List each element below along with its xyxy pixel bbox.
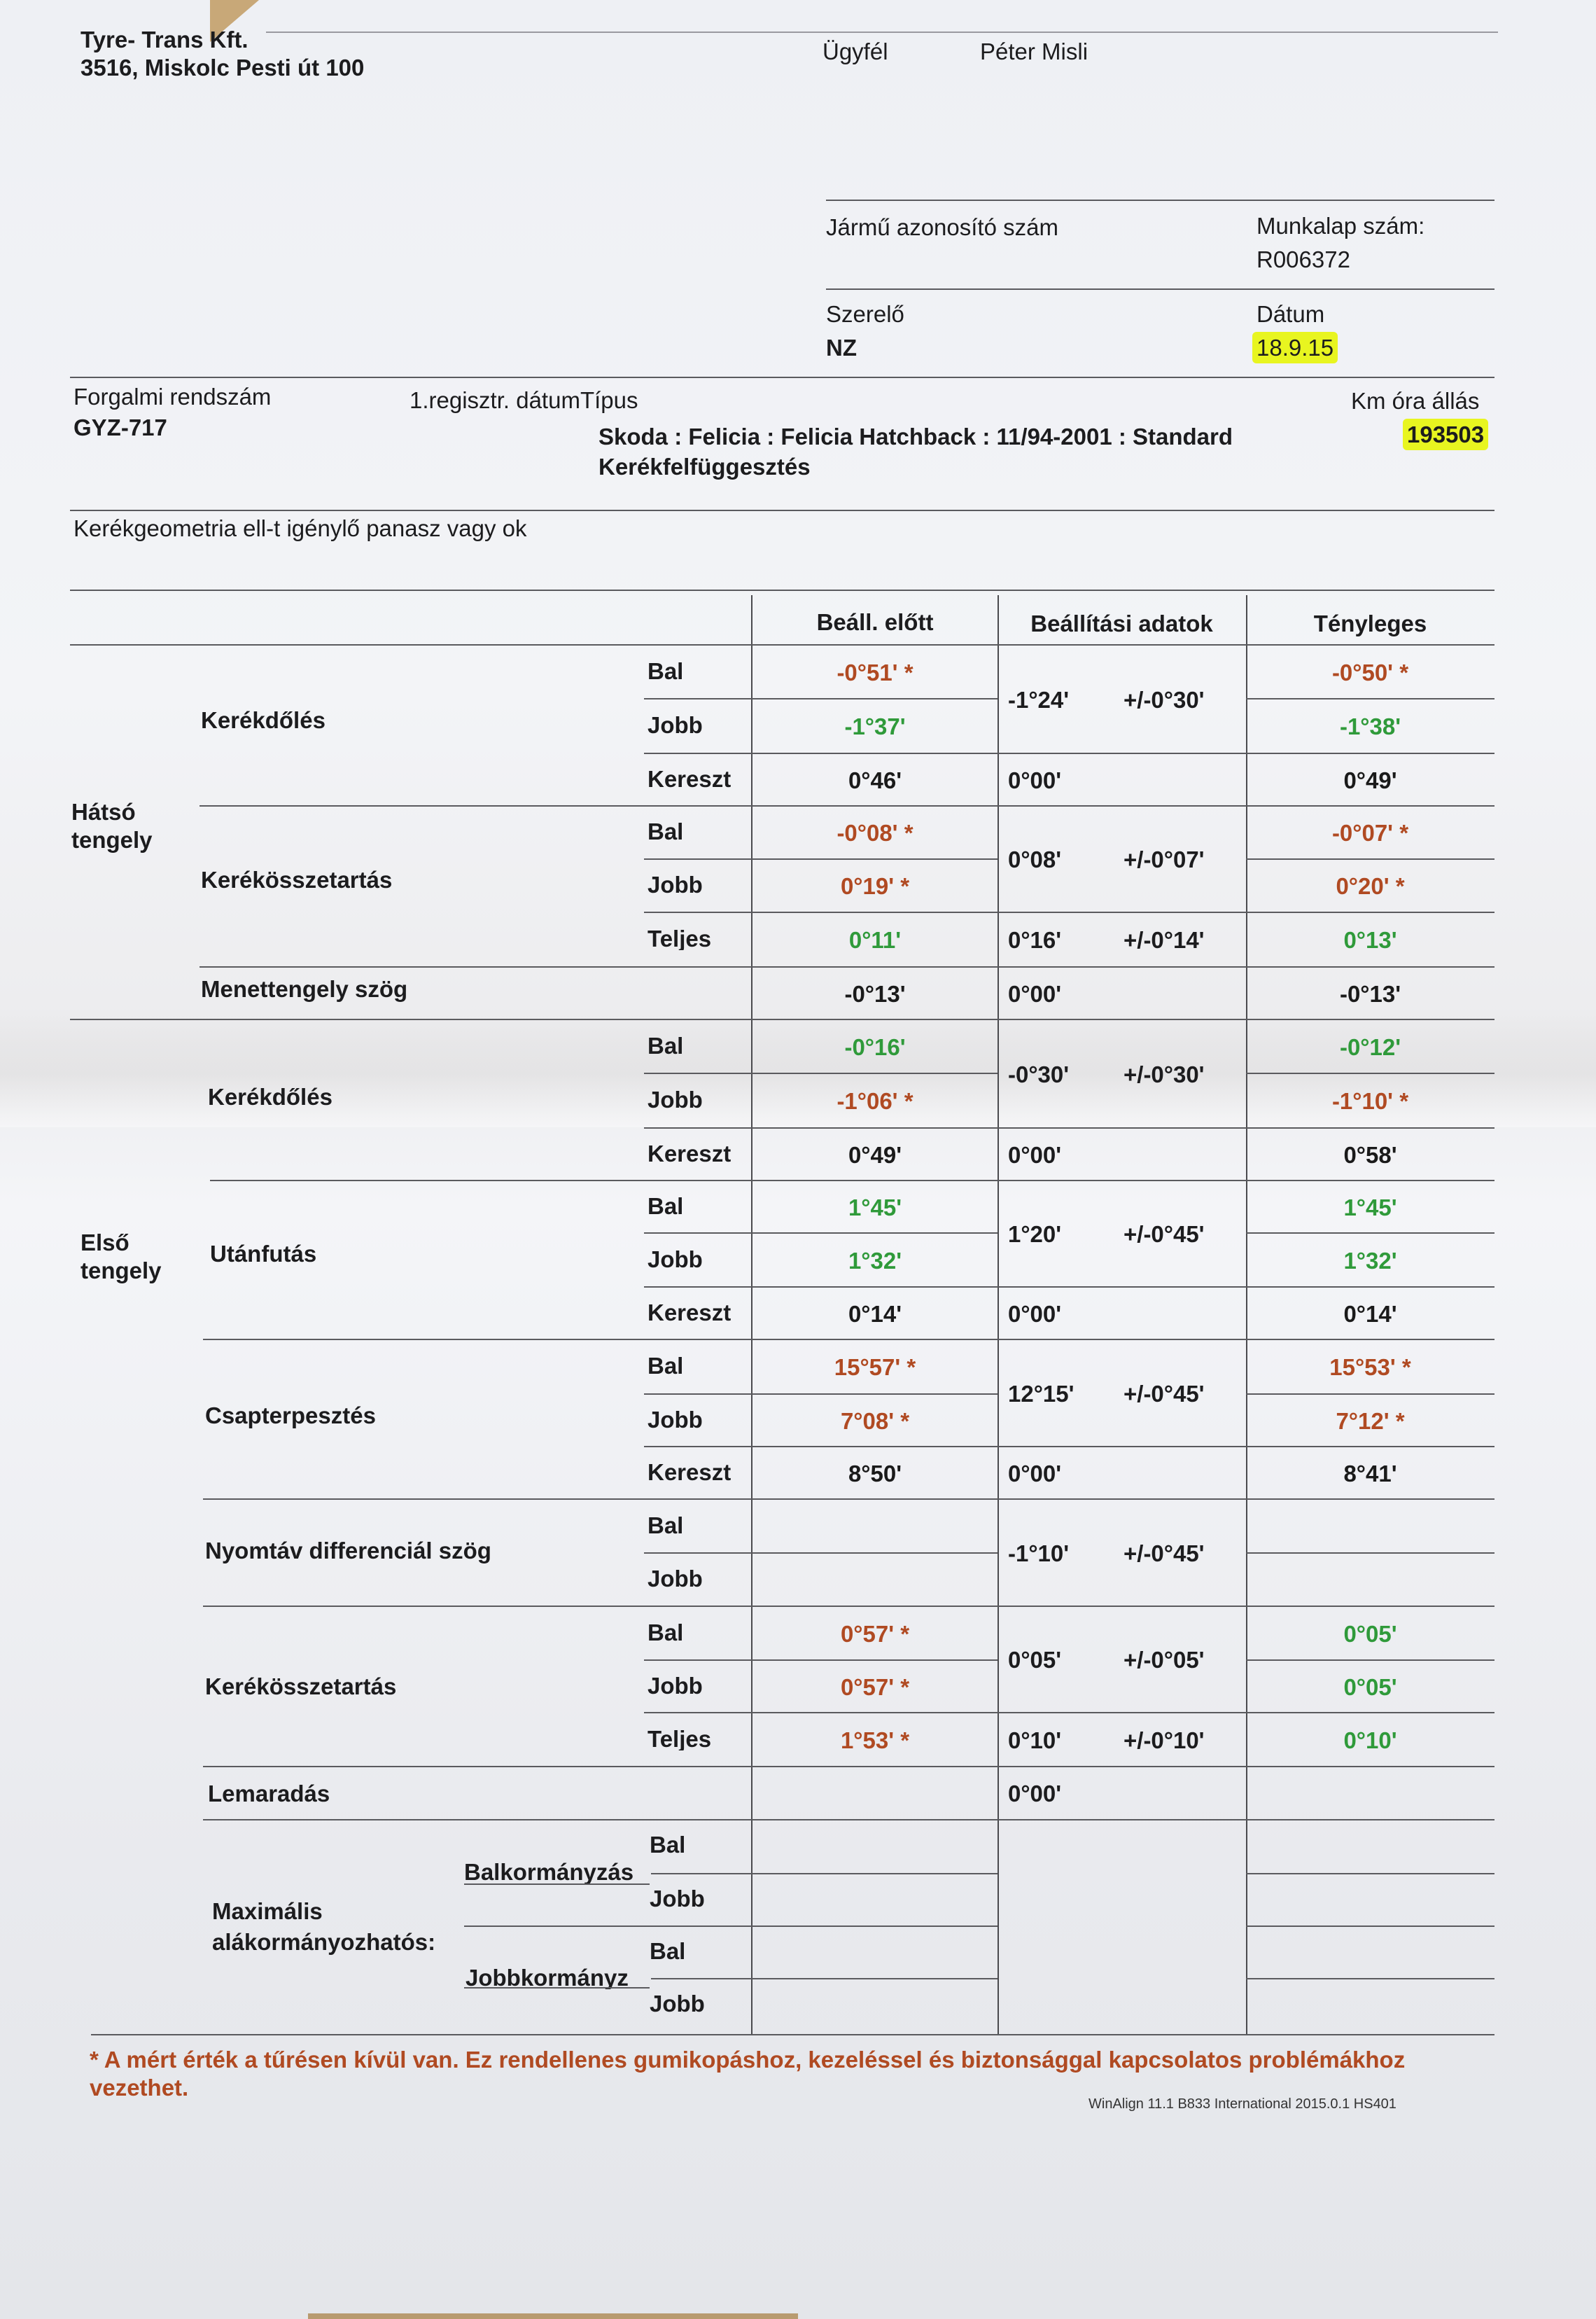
row-divider <box>752 1286 997 1288</box>
value-before: 7°08' * <box>752 1408 997 1435</box>
row-divider <box>752 858 997 860</box>
vehicle-id-label: Jármű azonosító szám <box>826 216 1058 239</box>
spec-tolerance: +/-0°14' <box>1123 927 1205 954</box>
spec-value: 0°00' <box>1008 767 1061 794</box>
row-divider <box>1246 1925 1494 1927</box>
spec-value: -1°10' <box>1008 1540 1069 1567</box>
value-actual: 0°49' <box>1246 767 1494 794</box>
group-right-turn: Jobbkormányz <box>465 1966 653 1989</box>
row-divider <box>203 1339 752 1340</box>
spec-value: 1°20' <box>1008 1221 1061 1248</box>
row-side-label: Jobb <box>647 1088 751 1111</box>
value-before: -0°08' * <box>752 820 997 847</box>
worksheet-number: R006372 <box>1256 248 1350 271</box>
value-before: 15°57' * <box>752 1354 997 1381</box>
row-divider <box>752 753 997 754</box>
row-divider <box>203 1819 752 1820</box>
spec-tolerance: +/-0°45' <box>1123 1221 1205 1248</box>
row-divider <box>644 1127 752 1129</box>
row-divider <box>997 1339 1246 1340</box>
spec-value: 0°10' <box>1008 1727 1061 1754</box>
value-before: -0°51' * <box>752 660 997 686</box>
row-divider <box>997 912 1246 913</box>
row-divider <box>644 858 752 860</box>
worksheet-label: Munkalap szám: <box>1256 214 1424 237</box>
spec-tolerance: +/-0°30' <box>1123 687 1205 713</box>
company-name: Tyre- Trans Kft. <box>80 28 248 51</box>
customer-label: Ügyfél <box>822 40 888 63</box>
value-before: 0°19' * <box>752 873 997 900</box>
row-divider <box>997 1127 1246 1129</box>
group-max-steer: Maximális alákormányozhatós: <box>212 1896 464 1958</box>
row-side-label: Jobb <box>647 1248 751 1271</box>
row-divider <box>644 1232 752 1234</box>
row-divider <box>1246 1127 1494 1129</box>
row-divider <box>752 1498 997 1500</box>
value-before: -0°16' <box>752 1034 997 1061</box>
group-caster: Utánfutás <box>210 1242 316 1265</box>
row-divider <box>997 1712 1246 1713</box>
row-side-label: Teljes <box>647 1727 751 1750</box>
company-address: 3516, Miskolc Pesti út 100 <box>80 56 364 79</box>
value-actual: 8°41' <box>1246 1461 1494 1487</box>
row-divider <box>1246 805 1494 807</box>
row-divider <box>464 1883 650 1885</box>
odometer-value: 193503 <box>1407 423 1488 446</box>
header-actual: Tényleges <box>1246 612 1494 635</box>
spec-value: 0°00' <box>1008 1781 1061 1807</box>
group-setback: Lemaradás <box>208 1782 330 1805</box>
axle-front: Első tengely <box>80 1229 185 1285</box>
row-divider <box>644 912 752 913</box>
row-side-label: Jobb <box>647 713 751 737</box>
group-rear-camber: Kerékdőlés <box>201 709 325 732</box>
row-divider <box>752 1232 997 1234</box>
spec-value: -1°24' <box>1008 687 1069 713</box>
row-divider <box>464 1987 650 1989</box>
row-divider <box>1246 1393 1494 1395</box>
row-divider <box>997 1446 1246 1447</box>
row-divider <box>1246 1446 1494 1447</box>
mechanic-value: NZ <box>826 336 857 359</box>
divider <box>70 510 1494 511</box>
divider <box>826 200 1494 201</box>
row-divider <box>1246 753 1494 754</box>
row-divider <box>1246 1232 1494 1234</box>
row-side-label: Teljes <box>647 927 751 950</box>
tolerance-footnote: * A mért érték a tűrésen kívül van. Ez r… <box>90 2046 1420 2102</box>
value-before: -1°06' * <box>752 1088 997 1115</box>
row-divider <box>752 1073 997 1074</box>
group-left-turn: Balkormányzás <box>464 1860 653 1883</box>
value-before: 8°50' <box>752 1461 997 1487</box>
row-divider <box>1246 1659 1494 1661</box>
column-divider <box>997 595 999 2034</box>
row-divider <box>752 1606 997 1607</box>
vehicle-type: Skoda : Felicia : Felicia Hatchback : 11… <box>598 425 1233 448</box>
spec-tolerance: +/-0°30' <box>1123 1061 1205 1088</box>
value-actual: 1°45' <box>1246 1195 1494 1221</box>
row-divider <box>651 1978 752 1979</box>
spec-tolerance: +/-0°10' <box>1123 1727 1205 1754</box>
reg-type-label: 1.regisztr. dátumTípus <box>409 389 638 412</box>
spec-tolerance: +/-0°07' <box>1123 847 1205 873</box>
spec-value: 0°00' <box>1008 1461 1061 1487</box>
row-divider <box>752 1446 997 1447</box>
row-divider <box>1246 698 1494 699</box>
row-divider <box>997 805 1246 807</box>
value-before: 1°45' <box>752 1195 997 1221</box>
row-divider <box>752 1712 997 1713</box>
row-side-label: Jobb <box>650 1887 705 1910</box>
row-divider <box>752 1925 997 1927</box>
spec-tolerance: +/-0°05' <box>1123 1647 1205 1673</box>
plate-value: GYZ-717 <box>73 416 167 439</box>
row-side-label: Jobb <box>647 1567 751 1590</box>
value-actual: -0°12' <box>1246 1034 1494 1061</box>
spec-tolerance: +/-0°45' <box>1123 1540 1205 1567</box>
row-side-label: Bal <box>650 1833 685 1856</box>
row-divider <box>752 912 997 913</box>
value-actual: 0°05' <box>1246 1621 1494 1648</box>
value-actual: 7°12' * <box>1246 1408 1494 1435</box>
value-actual: 0°13' <box>1246 927 1494 954</box>
row-divider <box>203 1498 752 1500</box>
spec-value: 12°15' <box>1008 1381 1074 1407</box>
row-divider <box>997 1019 1246 1020</box>
row-side-label: Kereszt <box>647 1301 751 1324</box>
row-side-label: Kereszt <box>647 1461 751 1484</box>
row-divider <box>1246 1073 1494 1074</box>
row-side-label: Bal <box>647 1621 751 1644</box>
row-divider <box>1246 1019 1494 1020</box>
spec-value: 0°05' <box>1008 1647 1061 1673</box>
row-divider <box>644 753 752 754</box>
value-before: 1°53' * <box>752 1727 997 1754</box>
suspension-type: Kerékfelfüggesztés <box>598 455 811 478</box>
row-side-label: Kereszt <box>647 767 751 791</box>
group-sai: Csapterpesztés <box>205 1404 376 1427</box>
row-side-label: Bal <box>647 1034 751 1057</box>
row-divider <box>1246 1180 1494 1181</box>
row-divider <box>1246 1766 1494 1767</box>
row-divider <box>997 1498 1246 1500</box>
divider <box>70 377 1494 378</box>
row-side-label: Jobb <box>647 1408 751 1431</box>
row-divider <box>1246 1339 1494 1340</box>
row-divider <box>752 805 997 807</box>
row-divider <box>203 1606 752 1607</box>
value-actual: 0°58' <box>1246 1142 1494 1169</box>
row-side-label: Bal <box>650 1940 685 1963</box>
row-side-label: Kereszt <box>647 1142 751 1165</box>
value-before: 0°49' <box>752 1142 997 1169</box>
row-side-label: Bal <box>647 1195 751 1218</box>
row-divider <box>644 1393 752 1395</box>
row-divider <box>1246 1712 1494 1713</box>
date-label: Dátum <box>1256 302 1324 326</box>
row-divider <box>752 1659 997 1661</box>
row-divider <box>997 966 1246 968</box>
value-actual: 0°14' <box>1246 1301 1494 1328</box>
value-before: 0°57' * <box>752 1674 997 1701</box>
value-actual: 0°05' <box>1246 1674 1494 1701</box>
row-divider <box>464 1925 752 1927</box>
value-actual: -0°13' <box>1246 981 1494 1008</box>
row-side-label: Jobb <box>650 1992 705 2015</box>
row-divider <box>752 1180 997 1181</box>
divider <box>70 644 1494 646</box>
value-before: 0°57' * <box>752 1621 997 1648</box>
value-actual: 0°20' * <box>1246 873 1494 900</box>
value-actual: 1°32' <box>1246 1248 1494 1274</box>
header-spec: Beállítási adatok <box>997 612 1246 635</box>
odometer-label: Km óra állás <box>1351 389 1479 412</box>
spec-value: -0°30' <box>1008 1061 1069 1088</box>
row-divider <box>997 753 1246 754</box>
value-actual: 15°53' * <box>1246 1354 1494 1381</box>
row-divider <box>70 1019 752 1020</box>
value-actual: 0°10' <box>1246 1727 1494 1754</box>
value-actual: -0°50' * <box>1246 660 1494 686</box>
row-divider <box>1246 1606 1494 1607</box>
row-divider <box>752 966 997 968</box>
row-divider <box>199 966 752 968</box>
divider <box>826 288 1494 290</box>
row-divider <box>752 1127 997 1129</box>
row-divider <box>1246 1873 1494 1874</box>
row-side-label: Bal <box>647 1514 751 1537</box>
row-side-label: Jobb <box>647 1674 751 1697</box>
value-before: 0°14' <box>752 1301 997 1328</box>
row-divider <box>1246 1286 1494 1288</box>
header-before: Beáll. előtt <box>752 611 997 634</box>
mechanic-label: Szerelő <box>826 302 904 326</box>
row-divider <box>752 698 997 699</box>
value-before: 0°11' <box>752 927 997 954</box>
row-side-label: Bal <box>647 660 751 683</box>
spec-value: 0°08' <box>1008 847 1061 873</box>
group-thrust: Menettengely szög <box>201 977 407 1001</box>
row-divider <box>997 1180 1246 1181</box>
row-divider <box>752 1978 997 1979</box>
group-toe-out-turns: Nyomtáv differenciál szög <box>205 1539 491 1562</box>
row-divider <box>651 1873 752 1874</box>
row-divider <box>644 1286 752 1288</box>
value-before: -0°13' <box>752 981 997 1008</box>
row-divider <box>1246 1978 1494 1979</box>
row-divider <box>752 1339 997 1340</box>
value-actual: -1°10' * <box>1246 1088 1494 1115</box>
row-divider <box>210 1180 752 1181</box>
spec-value: 0°00' <box>1008 981 1061 1008</box>
axle-rear: Hátsó tengely <box>71 798 176 854</box>
row-side-label: Jobb <box>647 873 751 896</box>
row-divider <box>1246 966 1494 968</box>
row-divider <box>644 1552 752 1554</box>
spec-value: 0°00' <box>1008 1301 1061 1328</box>
row-divider <box>644 1446 752 1447</box>
divider <box>266 32 1498 33</box>
spec-tolerance: +/-0°45' <box>1123 1381 1205 1407</box>
group-front-toe: Kerékösszetartás <box>205 1675 396 1698</box>
row-divider <box>644 1659 752 1661</box>
spec-value: 0°00' <box>1008 1142 1061 1169</box>
value-before: -1°37' <box>752 713 997 740</box>
row-divider <box>752 1393 997 1395</box>
value-actual: -1°38' <box>1246 713 1494 740</box>
group-front-camber: Kerékdőlés <box>208 1085 332 1108</box>
row-divider <box>1246 912 1494 913</box>
row-divider <box>997 1766 1246 1767</box>
highlighter-mark: 193503 <box>1403 419 1488 450</box>
group-rear-toe: Kerékösszetartás <box>201 868 392 891</box>
row-side-label: Bal <box>647 820 751 843</box>
row-divider <box>199 805 752 807</box>
row-divider <box>997 1286 1246 1288</box>
row-divider <box>644 698 752 699</box>
value-actual: -0°07' * <box>1246 820 1494 847</box>
table-bottom-line <box>91 2034 1494 2035</box>
plate-label: Forgalmi rendszám <box>73 385 271 408</box>
date-value: 18.9.15 <box>1256 336 1338 359</box>
highlighter-mark: 18.9.15 <box>1252 332 1338 363</box>
divider <box>70 590 1494 591</box>
row-divider <box>203 1766 752 1767</box>
row-divider <box>752 1019 997 1020</box>
row-side-label: Bal <box>647 1354 751 1377</box>
complaint-label: Kerékgeometria ell-t igénylő panasz vagy… <box>73 517 527 540</box>
background-surface-bottom <box>308 2313 798 2319</box>
row-divider <box>752 1552 997 1554</box>
row-divider <box>997 1606 1246 1607</box>
spec-value: 0°16' <box>1008 927 1061 954</box>
value-before: 1°32' <box>752 1248 997 1274</box>
row-divider <box>997 1819 1246 1820</box>
row-divider <box>1246 1552 1494 1554</box>
row-divider <box>644 1073 752 1074</box>
row-divider <box>644 1712 752 1713</box>
value-before: 0°46' <box>752 767 997 794</box>
row-divider <box>1246 1819 1494 1820</box>
software-version: WinAlign 11.1 B833 International 2015.0.… <box>1088 2096 1396 2112</box>
customer-value: Péter Misli <box>980 40 1088 63</box>
row-divider <box>1246 858 1494 860</box>
row-divider <box>752 1819 997 1820</box>
row-divider <box>752 1873 997 1874</box>
row-divider <box>1246 1498 1494 1500</box>
row-divider <box>752 1766 997 1767</box>
